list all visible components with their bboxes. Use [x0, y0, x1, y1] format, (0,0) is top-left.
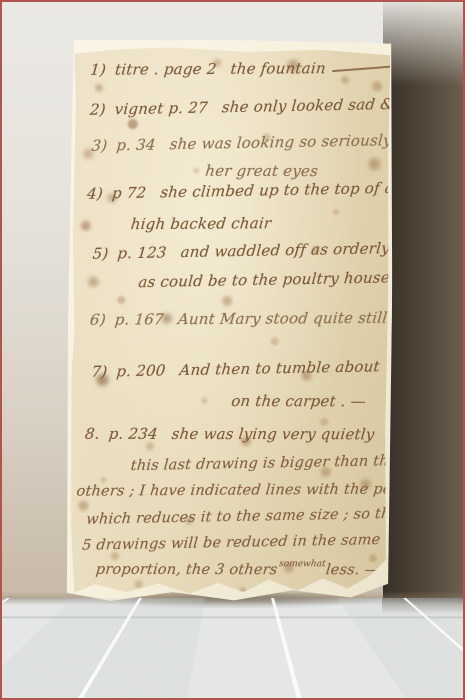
photograph-of-manuscript: 1)titre . page 2the fountain 2)vignet p.… — [0, 0, 465, 700]
caption-text: Aunt Mary stood quite still — [177, 309, 388, 328]
caption-text: she climbed up to the top of a — [160, 179, 395, 201]
manuscript-line-7: 7)p. 200And then to tumble about — [91, 359, 381, 379]
manuscript-line-4: 4)p 72she climbed up to the top of a — [86, 181, 394, 202]
manuscript-line-6: 6)p. 167Aunt Mary stood quite still — [89, 311, 388, 328]
page-reference: titre . page 2 — [114, 60, 217, 79]
entry-number: 8. — [84, 425, 101, 443]
page-reference: p. 167 — [114, 310, 165, 328]
entry-number: 6) — [89, 311, 107, 329]
manuscript-artifact: 1)titre . page 2the fountain 2)vignet p.… — [66, 39, 395, 604]
pen-flourish — [332, 66, 390, 72]
marble-tile-floor — [2, 598, 465, 700]
caption-text: and waddled off as orderly — [180, 239, 391, 261]
entry-number: 3) — [91, 136, 108, 154]
note-line-5: proportion, the 3 otherssomewhatless. — — [95, 563, 380, 578]
note-line-2: others ; I have indicated lines with the… — [76, 482, 425, 499]
manuscript-line-1: 1)titre . page 2the fountain — [89, 61, 391, 78]
manuscript-line-4-continuation: high backed chair — [130, 216, 272, 232]
caption-text: the fountain — [230, 59, 327, 78]
page-reference: p. 123 — [117, 243, 168, 262]
page-reference: p. 200 — [116, 361, 167, 380]
caption-text: she was lying very quietly — [171, 425, 376, 443]
page-reference: p 72 — [111, 184, 147, 203]
manuscript-line-5-continuation: as could be to the poultry house — [138, 270, 391, 290]
manuscript-paper: 1)titre . page 2the fountain 2)vignet p.… — [70, 47, 391, 596]
page-reference: vignet p. 27 — [114, 99, 209, 119]
floor-shade-right — [382, 598, 465, 614]
entry-number: 1) — [89, 61, 107, 79]
wall-shadow — [383, 2, 465, 599]
note-line-3: which reduces it to the same size ; so t… — [86, 507, 400, 527]
note-text: 5 drawings will be reduced in the same — [81, 532, 381, 554]
entry-number: 7) — [91, 363, 108, 381]
manuscript-line-3-continuation: her great eyes — [205, 164, 319, 179]
entry-number: 2) — [89, 100, 106, 118]
entry-number: 4) — [86, 184, 103, 202]
page-reference: p. 234 — [108, 425, 159, 443]
caption-text: And then to tumble about — [179, 357, 381, 379]
inserted-word: somewhat — [279, 559, 326, 569]
manuscript-line-8: 8.p. 234she was lying very quietly — [84, 427, 375, 442]
note-line-1: this last drawing is bigger than the — [130, 454, 398, 474]
manuscript-line-7-continuation: on the carpet . — — [230, 394, 366, 409]
page-reference: p. 34 — [116, 136, 157, 155]
entry-number: 5) — [92, 245, 109, 263]
manuscript-line-5: 5)p. 123and waddled off as orderly — [92, 241, 391, 262]
note-text: proportion, the 3 others — [95, 562, 278, 578]
